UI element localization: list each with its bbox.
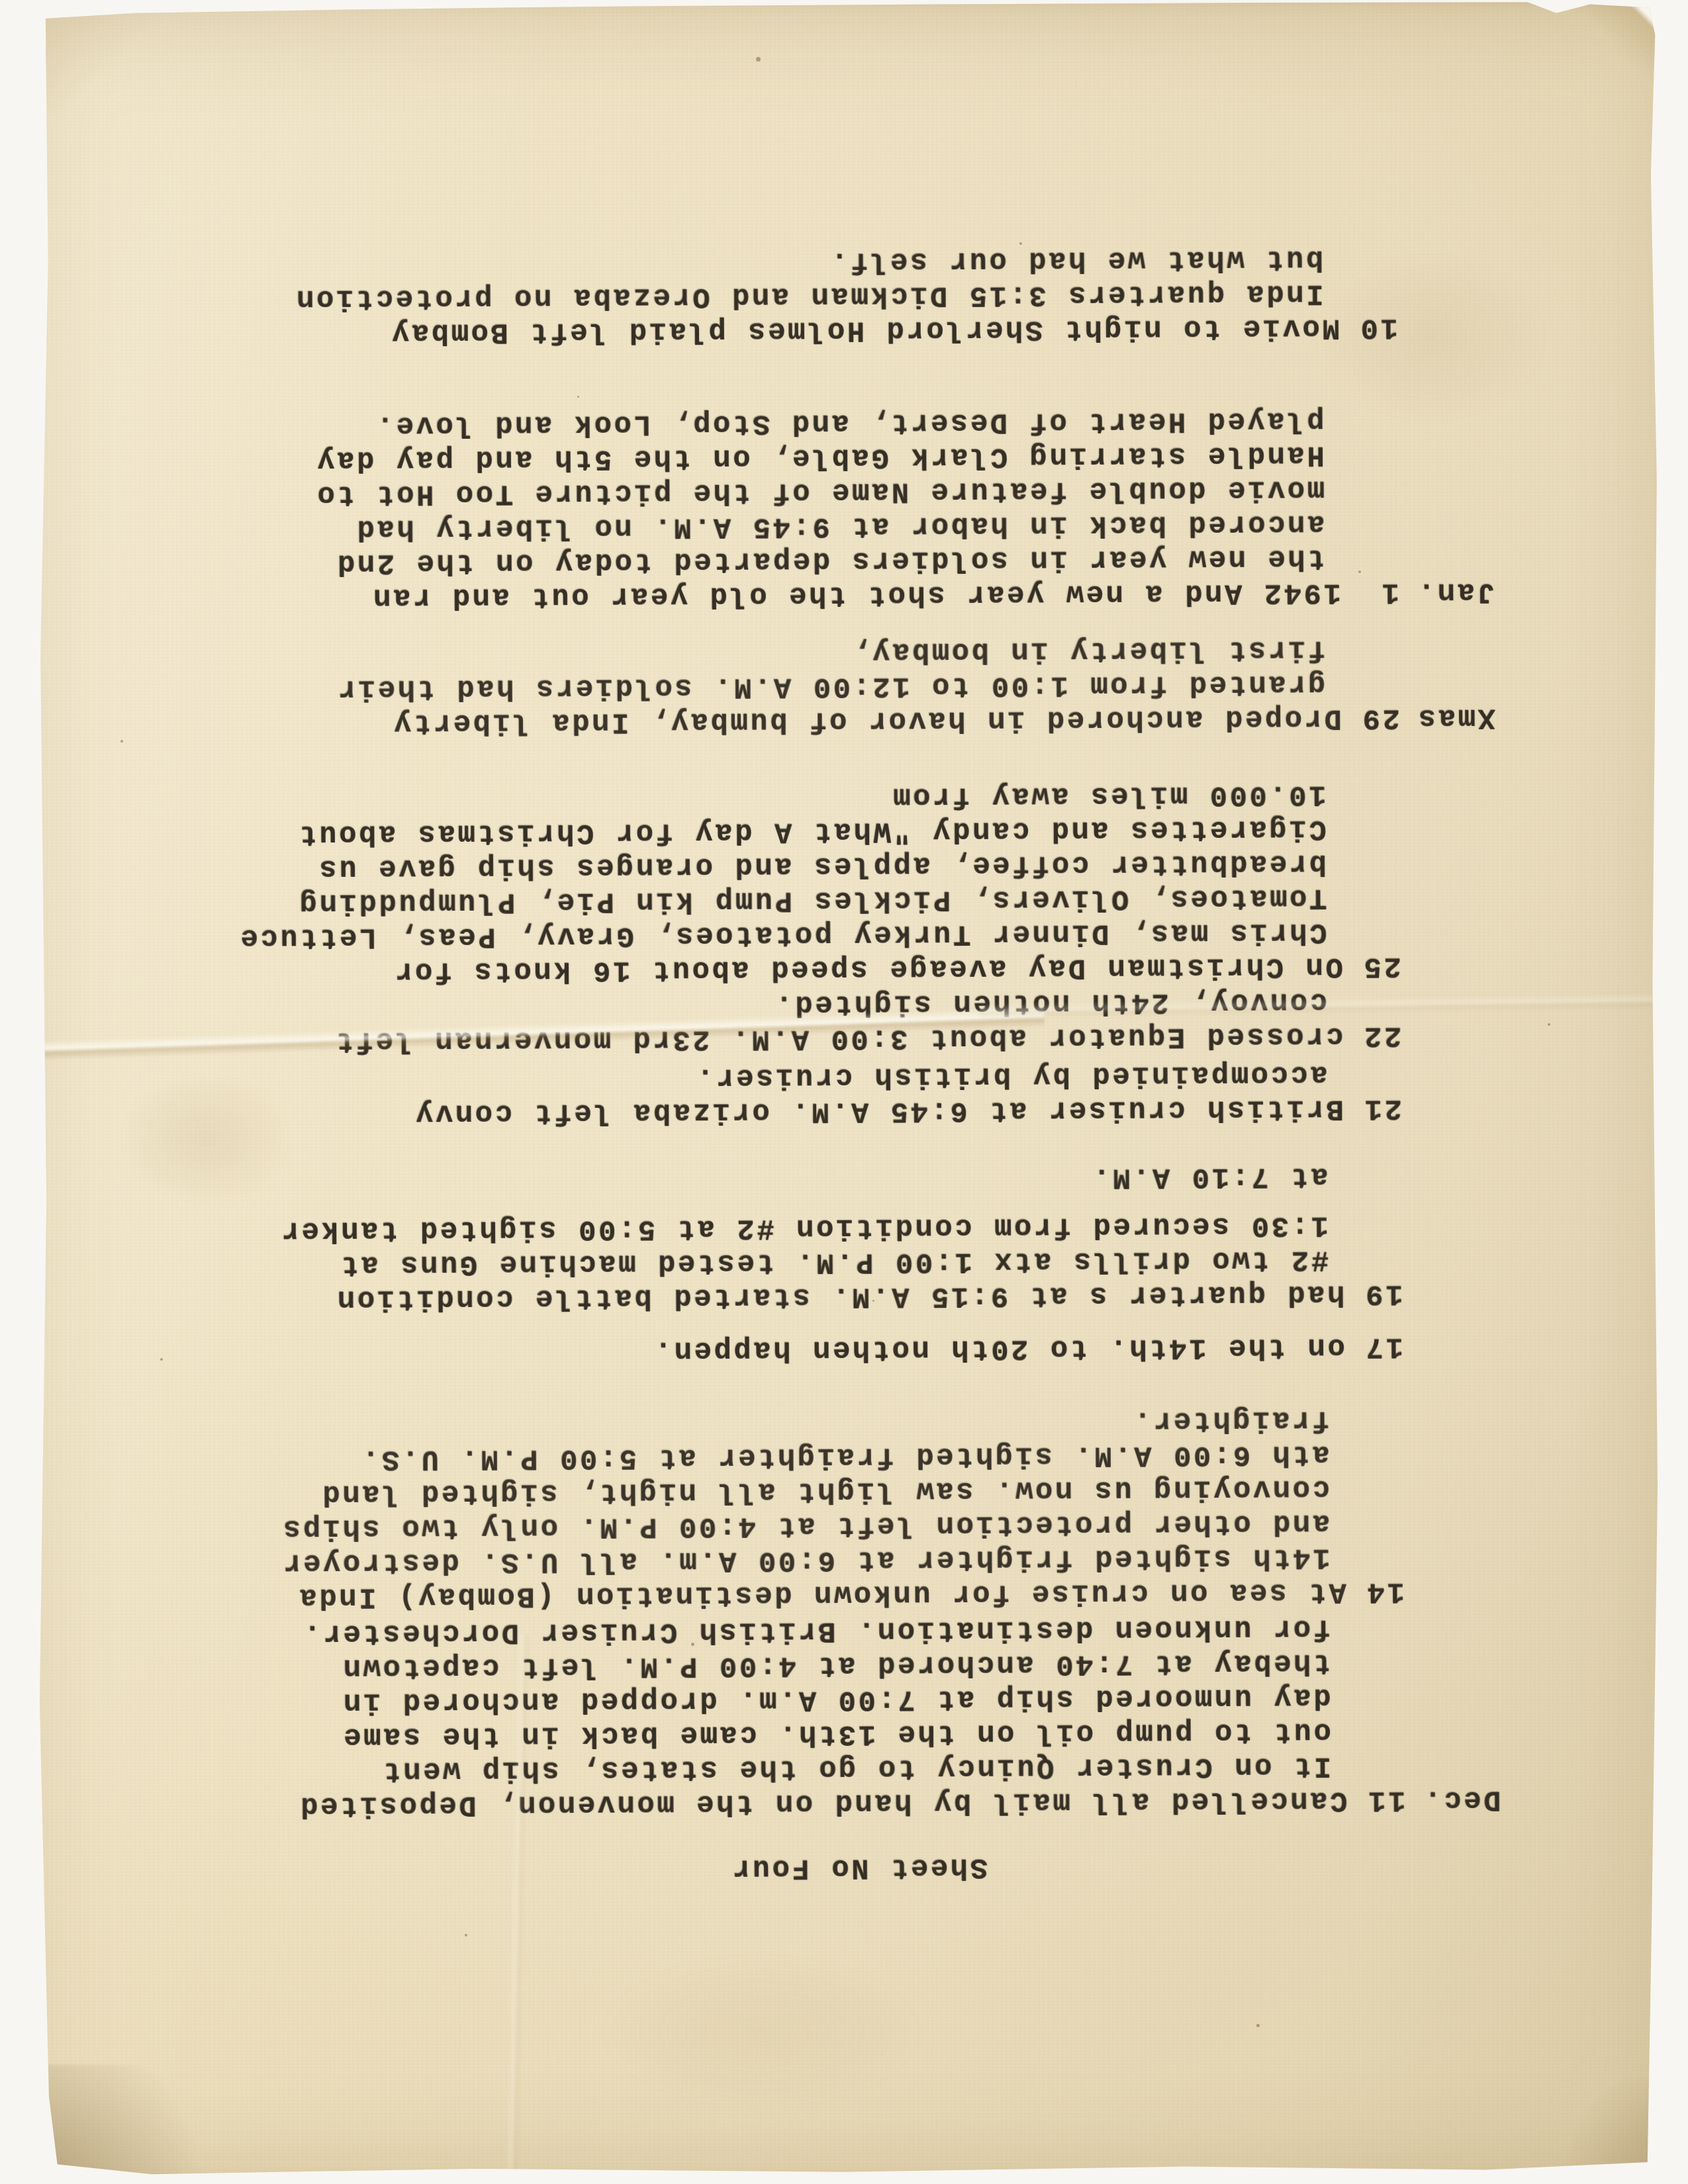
log-line: It on Cruster Quincy to go the states, s… — [189, 1749, 1331, 1789]
entry-day-number: 29 — [1360, 701, 1400, 735]
log-entry-jan-1: Jan. 1 1942 And a new year shot the old … — [0, 608, 1685, 616]
entry-day-number: 1 — [1380, 575, 1399, 610]
log-line: fraighter. — [187, 1402, 1329, 1443]
log-line: movie double feature Name of the picture… — [182, 472, 1325, 512]
entry-text: On Christman Day aveage speed about 16 k… — [184, 777, 1344, 989]
log-line: out to pump oil on the 13th. came back i… — [189, 1714, 1331, 1754]
log-line: for unknoen destination. British Cruiser… — [188, 1611, 1331, 1651]
log-line: At sea on cruise for unkown destination … — [188, 1574, 1346, 1615]
sheet-title: Sheet No Four — [730, 1850, 988, 1886]
entry-text: Cancelled all mail by hand on the monven… — [188, 1611, 1348, 1823]
log-line: on the 14th. to 20th nothen happen. — [187, 1330, 1345, 1370]
log-line: Droped anchored in havor of bumbay, Inda… — [183, 701, 1342, 741]
paper-sheet: Sheet No Four Dec. 11 Cancelled all mail… — [0, 0, 1688, 2184]
entry-text: British cruiser at 6:45 A.M. orizaba lef… — [185, 1057, 1344, 1132]
log-line: ath 6:00 A.M. sighted fraighter at 5:00 … — [187, 1437, 1330, 1477]
entry-day-number: 17 — [1364, 1330, 1403, 1364]
log-line: 1942 And a new year shot the old year ou… — [183, 575, 1341, 615]
log-entry-21: 21 British cruiser at 6:45 A.M. orizaba … — [0, 1124, 1688, 1132]
log-line: Cigarettes and candy "What A day for Chr… — [184, 811, 1327, 852]
entry-month-label: Xmas — [1416, 700, 1495, 735]
log-line: had quarter s at 9:15 A.M. started battl… — [186, 1277, 1344, 1317]
paper-speck — [756, 57, 761, 62]
entry-day-number: 21 — [1362, 1091, 1402, 1126]
log-line: Handle starring Clark Gable, on the 5th … — [182, 437, 1325, 478]
paper-speck — [1256, 2024, 1260, 2027]
entry-day-number: 10 — [1358, 310, 1398, 345]
log-line: the new year in soldiers departed today … — [183, 541, 1325, 581]
paper-speck — [872, 1300, 874, 1302]
typed-log-page: Sheet No Four Dec. 11 Cancelled all mail… — [0, 0, 1688, 2184]
log-line: On Christman Day aveage speed about 16 k… — [185, 949, 1343, 989]
entry-text: Droped anchored in havor of bumbay, Inda… — [183, 632, 1342, 741]
log-line: #2 two drills atx 1:00 P.M. tested machi… — [186, 1242, 1329, 1283]
log-entry-xmas-29: Xmas 29 Droped anchored in havor of bumb… — [0, 733, 1686, 742]
entry-text: had quarter s at 9:15 A.M. started battl… — [186, 1159, 1345, 1317]
paper-speck — [1548, 1023, 1550, 1026]
corner-fold-top-right — [1536, 0, 1675, 126]
paper-speck — [374, 1259, 377, 1263]
paper-speck — [160, 1358, 163, 1361]
log-line: British cruiser at 6:45 A.M. orizaba lef… — [185, 1091, 1344, 1132]
log-line: Chris mas, Dinner Turkey potatoes, Gravy… — [185, 915, 1327, 955]
log-line: 14th sighted frighter at 6:00 A.m. all U… — [188, 1540, 1331, 1580]
log-line: Cancelled all mail by hand on the monven… — [189, 1783, 1348, 1823]
log-entry-dec-11: Dec. 11 Cancelled all mail by hand on th… — [4, 1815, 1688, 1824]
entry-month-label: Jan. — [1415, 574, 1495, 610]
entry-text: At sea on cruise for unkown destination … — [187, 1402, 1346, 1615]
log-line: played Heart of Desert, and Stop, Look a… — [182, 403, 1325, 443]
paper-speck — [577, 396, 579, 398]
corner-shadow-top-left — [40, 13, 212, 113]
paper-speck — [691, 1643, 694, 1646]
log-line: Tomatoes, Olivers, Pickles Pump kin Pie,… — [184, 880, 1327, 921]
paper-speck — [1358, 570, 1361, 573]
log-line: convoying us now. saw light all night, s… — [187, 1471, 1330, 1512]
log-line: Inda quarters 3:15 Dickman and Orezaba n… — [181, 276, 1324, 316]
log-line: breadbutter coffee, apples and oranges s… — [184, 846, 1327, 886]
log-entry-19: 19 had quarter s at 9:15 A.M. started ba… — [1, 1309, 1688, 1318]
corner-shadow-bottom-right — [1542, 2078, 1688, 2184]
entry-day-number: 22 — [1362, 1019, 1402, 1053]
log-line: 10.000 miles away from — [184, 777, 1327, 817]
entry-day-number: 19 — [1364, 1277, 1403, 1311]
paper-speck — [465, 1934, 467, 1936]
entry-day-number: 25 — [1362, 949, 1401, 983]
log-line: day unmoored ship at 7:00 A.m. dropped a… — [189, 1680, 1331, 1720]
log-line: at 7:10 A.M. — [186, 1159, 1329, 1199]
log-entry-17: 17 on the 14th. to 20th nothen happen. — [1, 1362, 1688, 1371]
log-line: Movie to night Sherlord Holmes plaid lef… — [181, 310, 1340, 351]
log-entry-10: 10 Movie to night Sherlord Holmes plaid … — [0, 343, 1684, 351]
log-line: and other protection left at 4:00 P.M. o… — [187, 1506, 1330, 1546]
log-line: thebay at 7:40 anchored at 4:00 P.M. lef… — [188, 1645, 1331, 1686]
corner-curl-bottom-left — [34, 2065, 233, 2184]
log-line: first liberty in bombay, — [183, 632, 1325, 672]
entry-text: Movie to night Sherlord Holmes plaid lef… — [181, 242, 1340, 351]
paper-speck — [1019, 242, 1022, 245]
paper-speck — [120, 740, 123, 743]
entry-text: 1942 And a new year shot the old year ou… — [182, 403, 1342, 615]
log-line: but what we had our self. — [181, 242, 1323, 282]
log-line: ancored back in habor at 9:45 A.M. no li… — [182, 506, 1325, 547]
entry-text: on the 14th. to 20th nothen happen. — [187, 1330, 1345, 1370]
entry-day-number: 14 — [1365, 1574, 1405, 1609]
entry-day-number: 11 — [1366, 1783, 1406, 1817]
log-line: granted from 1:00 to 12:00 A.M. soldiers… — [183, 666, 1326, 707]
log-line: 1:30 secured from condition #2 at 5:00 s… — [186, 1208, 1329, 1248]
log-line: accompainied by british cruiser. — [185, 1057, 1328, 1097]
entry-month-label: Dec. — [1422, 1782, 1501, 1817]
